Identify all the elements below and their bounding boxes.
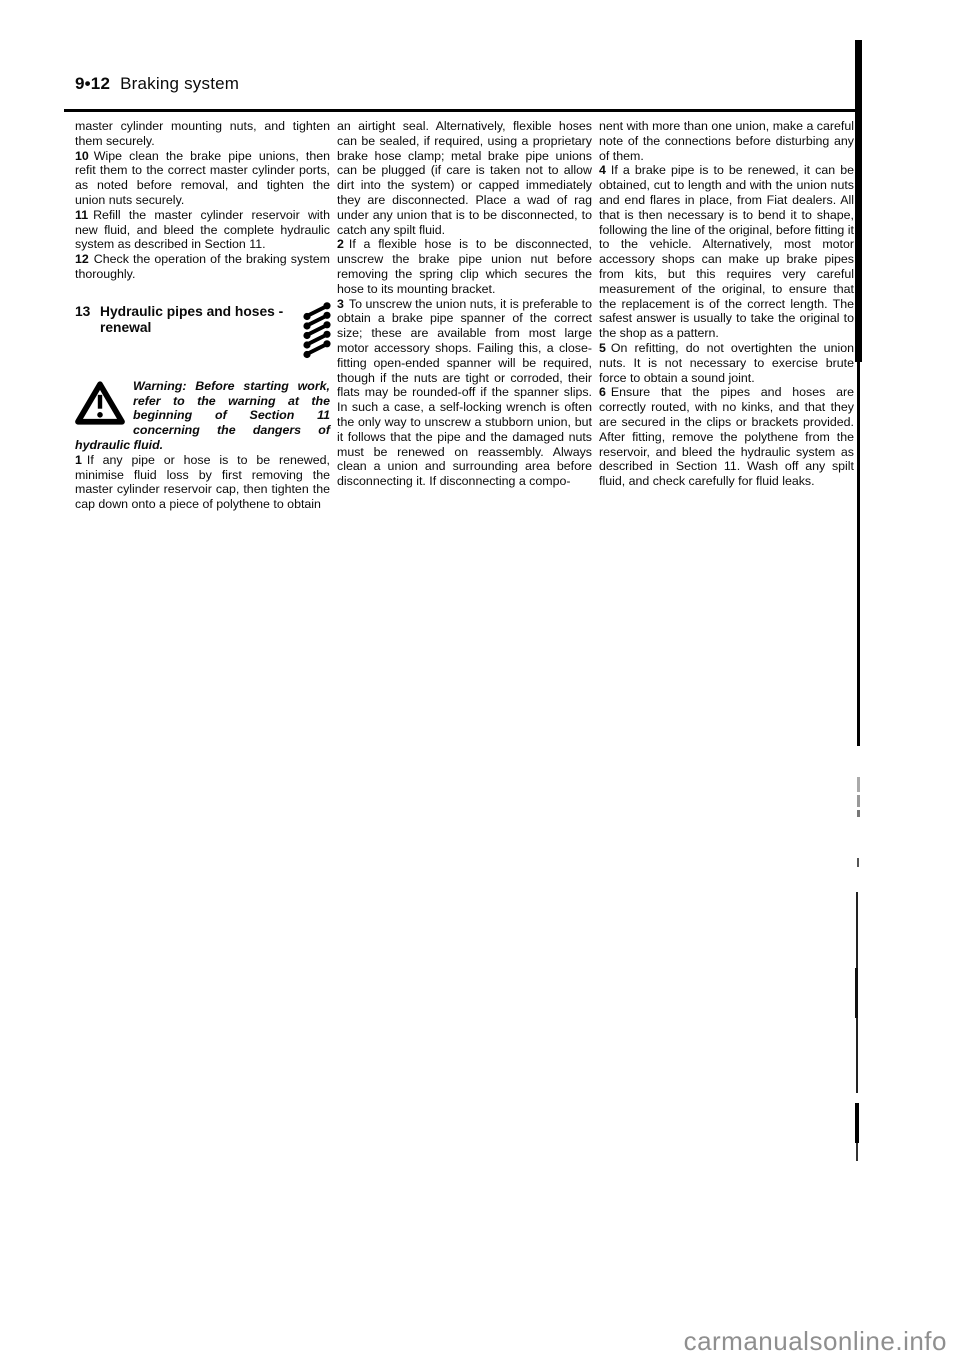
- paragraph-number: 6: [599, 385, 606, 399]
- scan-edge-line: [855, 40, 862, 362]
- paragraph: 2If a flexible hose is to be disconnecte…: [337, 237, 592, 296]
- paragraph-number: 5: [599, 341, 606, 355]
- paragraph-text: an airtight seal. Alternatively, flexibl…: [337, 119, 592, 237]
- paragraph-text: Wipe clean the brake pipe unions, then r…: [75, 149, 330, 207]
- paragraph: nent with more than one union, make a ca…: [599, 119, 854, 163]
- paragraph-number: 4: [599, 163, 606, 177]
- column-1: master cylinder mounting nuts, and tight…: [75, 119, 330, 512]
- watermark: carmanualsonline.info: [684, 1326, 947, 1357]
- paragraph: 6Ensure that the pipes and hoses are cor…: [599, 385, 854, 489]
- paragraph-text: master cylinder mounting nuts, and tight…: [75, 119, 330, 148]
- paragraph: master cylinder mounting nuts, and tight…: [75, 119, 330, 149]
- warning-triangle-icon: [75, 381, 125, 425]
- column-3: nent with more than one union, make a ca…: [599, 119, 854, 512]
- header-rule: [64, 109, 858, 112]
- paragraph-text: Ensure that the pipes and hoses are corr…: [599, 385, 854, 488]
- warning-note: Warning: Before starting work, refer to …: [75, 379, 330, 453]
- paragraph: 10Wipe clean the brake pipe unions, then…: [75, 149, 330, 208]
- paragraph-number: 3: [337, 297, 344, 311]
- text-columns: master cylinder mounting nuts, and tight…: [75, 119, 855, 512]
- paragraph: an airtight seal. Alternatively, flexibl…: [337, 119, 592, 237]
- paragraph-text: If a flexible hose is to be disconnected…: [337, 237, 592, 295]
- section-heading: 13 Hydraulic pipes and hoses - renewal: [75, 304, 330, 360]
- paragraph-text: Refill the master cylinder reservoir wit…: [75, 208, 330, 252]
- paragraph-text: If any pipe or hose is to be renewed, mi…: [75, 453, 330, 511]
- paragraph-text: On refitting, do not overtighten the uni…: [599, 341, 854, 385]
- paragraph-text: If a brake pipe is to be renewed, it can…: [599, 163, 854, 340]
- paragraph: 11Refill the master cylinder reservoir w…: [75, 208, 330, 252]
- scan-edge-line: [855, 1103, 859, 1143]
- paragraph-text: Check the operation of the braking syste…: [75, 252, 330, 281]
- scan-edge-line: [857, 362, 860, 746]
- paragraph: 5On refitting, do not overtighten the un…: [599, 341, 854, 385]
- column-2: an airtight seal. Alternatively, flexibl…: [337, 119, 592, 512]
- paragraph-number: 10: [75, 149, 89, 163]
- paragraph: 1If any pipe or hose is to be renewed, m…: [75, 453, 330, 512]
- scan-edge-line: [856, 1143, 858, 1161]
- manual-page: 9•12Braking system master cylinder mount…: [0, 0, 960, 1362]
- difficulty-spanner-icon: [300, 302, 338, 360]
- paragraph-number: 2: [337, 237, 344, 251]
- scan-edge-line: [857, 795, 860, 807]
- section-title: Hydraulic pipes and hoses - renewal: [100, 304, 300, 337]
- scan-edge-line: [857, 777, 860, 792]
- scan-edge-line: [857, 810, 860, 817]
- scan-edge-line: [855, 968, 858, 1018]
- paragraph-text: nent with more than one union, make a ca…: [599, 119, 854, 163]
- section-number: 13: [75, 304, 100, 321]
- paragraph-number: 12: [75, 252, 89, 266]
- chapter-title: Braking system: [120, 74, 239, 93]
- paragraph: 12Check the operation of the braking sys…: [75, 252, 330, 282]
- paragraph: 4If a brake pipe is to be renewed, it ca…: [599, 163, 854, 341]
- page-header: 9•12Braking system: [75, 74, 239, 94]
- page-number: 9•12: [75, 74, 110, 93]
- scan-edge-line: [857, 858, 859, 867]
- paragraph-number: 11: [75, 208, 88, 222]
- paragraph-number: 1: [75, 453, 82, 467]
- paragraph-text: To unscrew the union nuts, it is prefera…: [337, 297, 592, 489]
- paragraph: 3To unscrew the union nuts, it is prefer…: [337, 297, 592, 489]
